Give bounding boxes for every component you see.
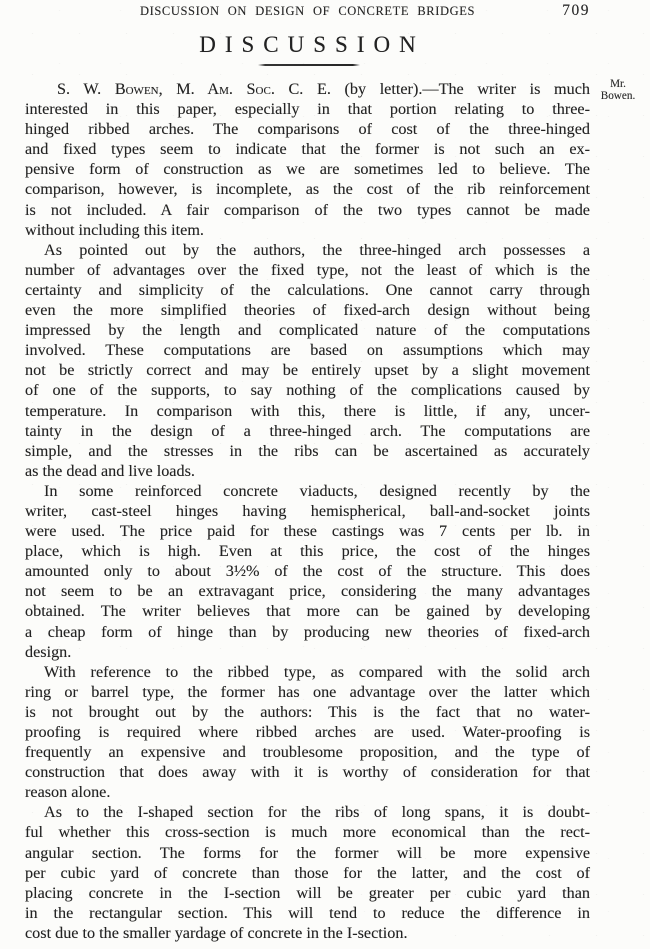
text-line: S. W. Bowen, M. Am. Soc. C. E. (by lette…	[25, 79, 590, 99]
text-line: and fixed types seem to indicate that th…	[25, 139, 590, 159]
paragraph-2: As pointed out by the authors, the three…	[25, 240, 590, 481]
text-line: is not brought out by the authors: This …	[25, 702, 590, 722]
text-line: amounted only to about 3½% of the cost o…	[25, 561, 590, 581]
text-line: temperature. In comparison with this, th…	[25, 401, 590, 421]
text-line: design.	[25, 642, 590, 662]
running-header: DISCUSSION ON DESIGN OF CONCRETE BRIDGES…	[25, 4, 590, 19]
text-line: pensive form of construction as we are s…	[25, 159, 590, 179]
text-line: not be strictly correct and may be entir…	[25, 360, 590, 380]
text-line: As to the I-shaped section for the ribs …	[25, 802, 590, 822]
text-line: per cubic yard of concrete than those fo…	[25, 863, 590, 883]
text-line: a cheap form of hinge than by producing …	[25, 622, 590, 642]
text-line: frequently an expensive and troublesome …	[25, 742, 590, 762]
margin-note-speaker: Mr. Bowen.	[592, 79, 644, 103]
text-line: were used. The price paid for these cast…	[25, 521, 590, 541]
paragraph-1-lines: interested in this paper, especially in …	[25, 99, 590, 240]
margin-note-text: Bowen.	[592, 91, 644, 103]
text-line: tainty in the design of a three-hinged a…	[25, 421, 590, 441]
text-line: not seem to be an extravagant price, con…	[25, 581, 590, 601]
paragraph-1: S. W. Bowen, M. Am. Soc. C. E. (by lette…	[25, 79, 590, 240]
section-title: DISCUSSION	[25, 32, 590, 58]
paragraph-3: In some reinforced concrete viaducts, de…	[25, 481, 590, 662]
text-line: obtained. The writer believes that more …	[25, 601, 590, 621]
text-line: writer, cast-steel hinges having hemisph…	[25, 501, 590, 521]
text-line: as the dead and live loads.	[25, 461, 590, 481]
text-line: In some reinforced concrete viaducts, de…	[25, 481, 590, 501]
title-rule	[258, 64, 360, 66]
text-line: reason alone.	[25, 782, 590, 802]
scanned-page: DISCUSSION ON DESIGN OF CONCRETE BRIDGES…	[0, 0, 650, 949]
text-line: hinged ribbed arches. The comparisons of…	[25, 119, 590, 139]
text-line: With reference to the ribbed type, as co…	[25, 662, 590, 682]
speaker-name: S. W. Bowen, M. Am. Soc. C. E.	[57, 80, 345, 98]
text-line: ring or barrel type, the former has one …	[25, 682, 590, 702]
text-line: placing concrete in the I-section will b…	[25, 883, 590, 903]
text-line: involved. These computations are based o…	[25, 340, 590, 360]
text-line: angular section. The forms for the forme…	[25, 843, 590, 863]
text-line: without including this item.	[25, 220, 590, 240]
text-line: comparison, however, is incomplete, as t…	[25, 179, 590, 199]
text-line: is not included. A fair comparison of th…	[25, 200, 590, 220]
text-line: ful whether this cross-section is much m…	[25, 822, 590, 842]
paragraph-4: With reference to the ribbed type, as co…	[25, 662, 590, 803]
text-line: impressed by the length and complicated …	[25, 320, 590, 340]
text-line: simple, and the stresses in the ribs can…	[25, 441, 590, 461]
text-line: place, which is high. Even at this price…	[25, 541, 590, 561]
text-line: As pointed out by the authors, the three…	[25, 240, 590, 260]
text-line: cost due to the smaller yardage of concr…	[25, 923, 590, 943]
lead-rest-text: (by letter).—The writer is much	[345, 80, 590, 98]
discussion-text: S. W. Bowen, M. Am. Soc. C. E. (by lette…	[25, 79, 590, 943]
page-number: 709	[562, 2, 590, 20]
text-line: of one of the supports, to say nothing o…	[25, 380, 590, 400]
text-line: interested in this paper, especially in …	[25, 99, 590, 119]
text-line: number of advantages over the fixed type…	[25, 260, 590, 280]
text-line: in the rectangular section. This will te…	[25, 903, 590, 923]
text-line: proofing is required where ribbed arches…	[25, 722, 590, 742]
text-line: certainty and simplicity of the calculat…	[25, 280, 590, 300]
running-header-title: DISCUSSION ON DESIGN OF CONCRETE BRIDGES	[140, 4, 475, 18]
paragraph-5: As to the I-shaped section for the ribs …	[25, 802, 590, 943]
text-line: even the more simplified theories of fix…	[25, 300, 590, 320]
text-line: construction that does away with it is w…	[25, 762, 590, 782]
